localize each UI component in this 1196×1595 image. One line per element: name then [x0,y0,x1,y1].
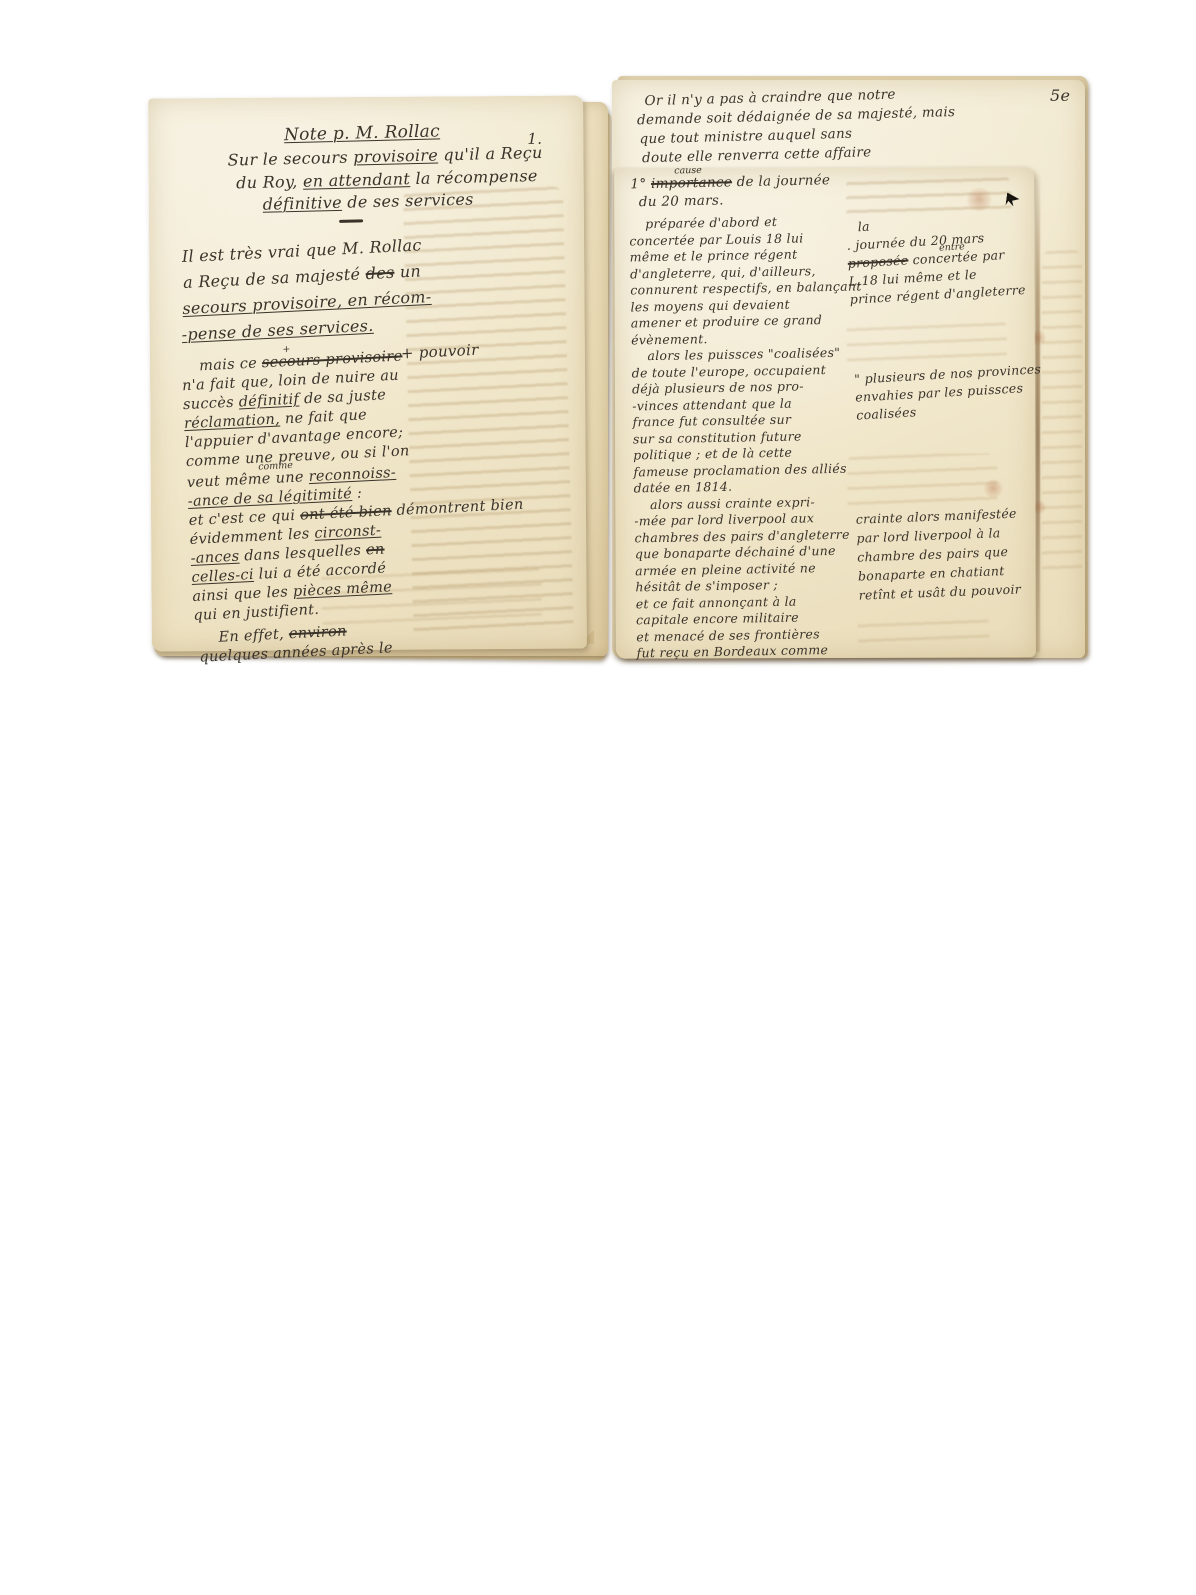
left-manuscript-page: 1. Note p. M. Rollac Sur le secours prov… [148,95,587,651]
line-text: dans lesquelles [239,542,366,564]
line-text: mais ce [199,355,263,374]
line-text: évidemment les [189,526,315,548]
crossed-out-text: en [366,542,385,559]
margin-note: + pouvoir [400,341,479,363]
right-margin-notes: la . journée du 20 mars entre proposée c… [614,167,1036,658]
manuscript-line: a Reçu de sa majesté des un [183,261,422,292]
manuscript-line: secours provisoire, en récom- [182,287,432,318]
line-text: a Reçu de sa majesté [183,264,366,292]
underlined-text: réclamation, [184,411,281,432]
underlined-text: définitif [238,392,299,411]
line-text: et c'est ce qui [188,508,300,529]
manuscript-line: Il est très vrai que M. Rollac [181,235,422,266]
manuscript-line: que tout ministre auquel sans [639,126,852,148]
line-text: succès [183,394,239,413]
underlined-text: circonst- [314,523,381,542]
line-text: ainsi que les [192,584,293,605]
crossed-out-text: environ [289,623,348,642]
right-front-sheet: cause 1° importance de la journée du 20 … [614,167,1036,658]
note-line: retînt et usât du pouvoir [858,581,1021,602]
margin-note-3: crainte alors manifestée par lord liverp… [614,153,1053,659]
crossed-out-text: des [365,263,395,283]
note-line: chambre des pairs que [857,544,1009,565]
underlined-text: pièces même [293,579,393,600]
line-text: veut même une [187,469,310,491]
line-text: démontrent bien [391,497,524,519]
line-text: de sa juste [299,387,387,407]
manuscript-line: -pense de ses services. [181,316,374,344]
underlined-text: secours provisoire, en récom- [182,287,432,318]
underlined-text: -ances [190,549,240,567]
crossed-out-text: ont été bien [300,503,392,523]
line-text: En effet, [218,626,289,645]
line-text: : [352,486,363,502]
line-text: un [394,261,422,281]
underlined-text: celles-ci [191,567,254,586]
underlined-text: reconnoiss- [308,465,396,485]
note-line: crainte alors manifestée [855,506,1016,527]
scanned-document-canvas: 1. Note p. M. Rollac Sur le secours prov… [0,0,1196,1595]
underlined-text: -pense de ses services. [181,316,374,344]
note-line: bonaparte en chatiant [858,563,1005,584]
line-text: ne fait que [280,407,368,427]
manuscript-line: qui en justifient. [193,602,320,624]
note-line: par lord liverpool à la [856,525,1001,546]
left-body-block: Il est très vrai que M. Rollac a Reçu de… [148,77,609,651]
